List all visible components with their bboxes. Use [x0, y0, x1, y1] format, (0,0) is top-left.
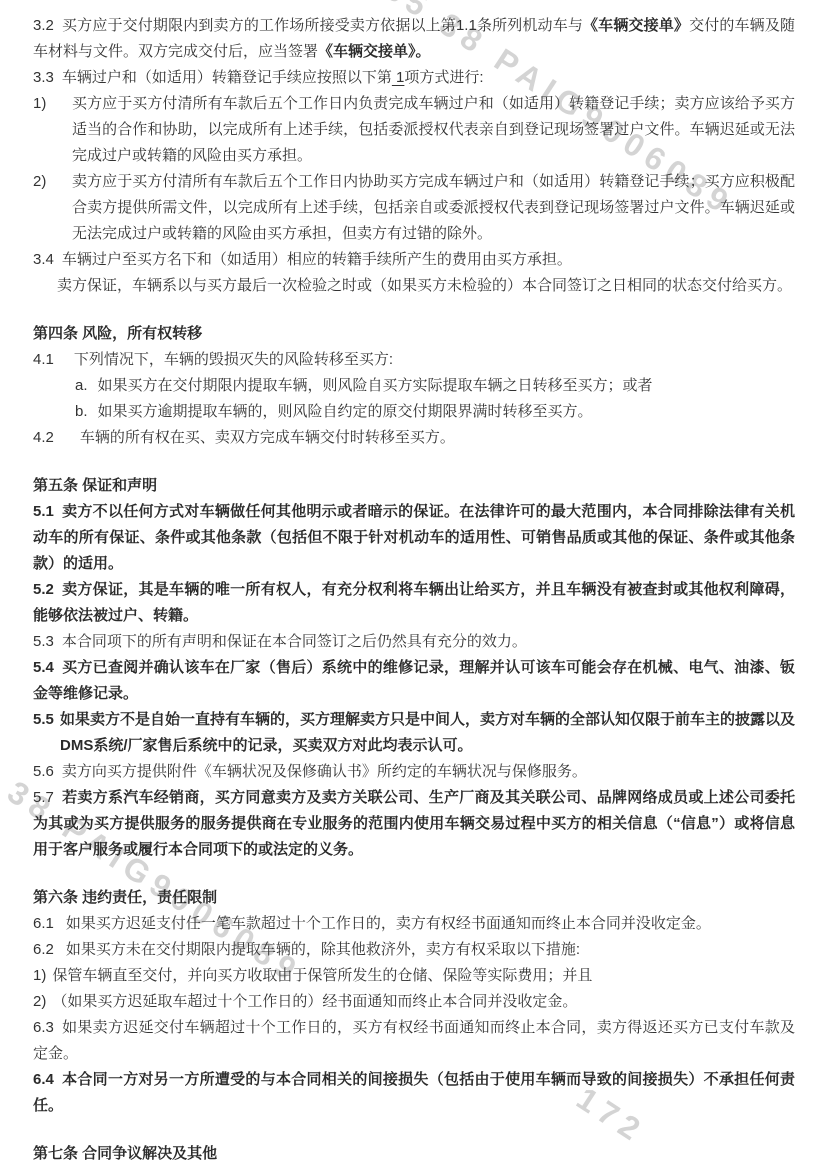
- clause-number: b.: [75, 403, 88, 420]
- clause-number: 5.4: [33, 659, 54, 676]
- text-run: 买方应于交付期限内到卖方的工作场所接受卖方依据以上第1.1条所列机动车与: [62, 17, 583, 34]
- section-heading: 第五条 保证和声明: [33, 473, 795, 499]
- text-run: 如果买方逾期提取车辆的，则风险自约定的原交付期限界满时转移至买方。: [98, 403, 593, 420]
- clause-number: 6.2: [33, 941, 54, 958]
- text-run: 《车辆交接单》: [583, 17, 689, 34]
- clause-paragraph: 6.2如果买方未在交付期限内提取车辆的，除其他救济外，卖方有权采取以下措施:: [33, 937, 795, 963]
- clause-number: 4.2: [33, 429, 54, 446]
- text-run: 卖方保证，其是车辆的唯一所有权人，有充分权利将车辆出让给买方，并且车辆没有被查封…: [33, 581, 795, 624]
- clause-number: 6.1: [33, 915, 54, 932]
- clause-paragraph: 3.4车辆过户至买方名下和（如适用）相应的转籍手续所产生的费用由买方承担。: [33, 247, 795, 273]
- text-run: 1: [392, 69, 405, 86]
- text-run: 卖方应于买方付清所有车款后五个工作日内协助买方完成车辆过户和（如适用）转籍登记手…: [72, 173, 795, 242]
- clause-paragraph: 6.4本合同一方对另一方所遭受的与本合同相关的间接损失（包括由于使用车辆而导致的…: [33, 1067, 795, 1119]
- clause-paragraph: 5.5如果卖方不是自始一直持有车辆的，买方理解卖方只是中间人，卖方对车辆的全部认…: [33, 707, 795, 759]
- text-run: 买方已查阅并确认该车在厂家（售后）系统中的维修记录，理解并认可该车可能会存在机械…: [33, 659, 795, 702]
- text-run: 第六条 违约责任，责任限制: [33, 889, 217, 906]
- clause-number: 2): [33, 993, 46, 1010]
- clause-paragraph: a.如果买方在交付期限内提取车辆，则风险自买方实际提取车辆之日转移至买方；或者: [75, 373, 795, 399]
- clause-paragraph: 5.4买方已查阅并确认该车在厂家（售后）系统中的维修记录，理解并认可该车可能会存…: [33, 655, 795, 707]
- clause-paragraph: 5.2卖方保证，其是车辆的唯一所有权人，有充分权利将车辆出让给买方，并且车辆没有…: [33, 577, 795, 629]
- text-run: 项方式进行:: [404, 69, 483, 86]
- clause-number: 1): [33, 91, 72, 117]
- text-run: 第七条 合同争议解决及其他: [33, 1145, 217, 1160]
- clause-number: 1): [33, 967, 46, 984]
- clause-number: 6.3: [33, 1019, 54, 1036]
- text-run: 本合同项下的所有声明和保证在本合同签订之后仍然具有充分的效力。: [62, 633, 527, 650]
- text-run: 如果卖方不是自始一直持有车辆的，买方理解卖方只是中间人，卖方对车辆的全部认知仅限…: [60, 711, 795, 754]
- section-heading: 第七条 合同争议解决及其他: [33, 1141, 795, 1160]
- clause-paragraph: 3.3车辆过户和（如适用）转籍登记手续应按照以下第 1项方式进行:: [33, 65, 795, 91]
- clause-number: 5.6: [33, 763, 54, 780]
- text-run: 车辆的所有权在买、卖双方完成车辆交付时转移至买方。: [80, 429, 455, 446]
- clause-number: 3.2: [33, 17, 54, 34]
- clause-paragraph: 5.3本合同项下的所有声明和保证在本合同签订之后仍然具有充分的效力。: [33, 629, 795, 655]
- text-run: （如果买方迟延取车超过十个工作日的）经书面通知而终止本合同并没收定金。: [52, 993, 577, 1010]
- clause-number: 5.3: [33, 633, 54, 650]
- clause-paragraph: 2)（如果买方迟延取车超过十个工作日的）经书面通知而终止本合同并没收定金。: [33, 989, 795, 1015]
- text-run: 卖方保证，车辆系以与买方最后一次检验之时或（如果买方未检验的）本合同签订之日相同…: [57, 277, 792, 294]
- text-run: 《车辆交接单》。: [318, 43, 431, 60]
- clause-paragraph: 6.3如果卖方迟延交付车辆超过十个工作日的，买方有权经书面通知而终止本合同，卖方…: [33, 1015, 795, 1067]
- text-run: 若卖方系汽车经销商，买方同意卖方及卖方关联公司、生产厂商及其关联公司、品牌网络成…: [33, 789, 795, 858]
- clause-paragraph: 3.2买方应于交付期限内到卖方的工作场所接受卖方依据以上第1.1条所列机动车与《…: [33, 13, 795, 65]
- clause-paragraph: b.如果买方逾期提取车辆的，则风险自约定的原交付期限界满时转移至买方。: [75, 399, 795, 425]
- clause-number: 6.4: [33, 1071, 54, 1088]
- clause-number: 3.4: [33, 251, 54, 268]
- clause-number: 5.2: [33, 581, 54, 598]
- clause-paragraph: 卖方保证，车辆系以与买方最后一次检验之时或（如果买方未检验的）本合同签订之日相同…: [57, 273, 795, 299]
- clause-paragraph: 5.7若卖方系汽车经销商，买方同意卖方及卖方关联公司、生产厂商及其关联公司、品牌…: [33, 785, 795, 863]
- clause-paragraph: 1)买方应于买方付清所有车款后五个工作日内负责完成车辆过户和（如适用）转籍登记手…: [33, 91, 795, 169]
- text-run: 如果买方未在交付期限内提取车辆的，除其他救济外，卖方有权采取以下措施:: [66, 941, 580, 958]
- text-run: 第五条 保证和声明: [33, 477, 157, 494]
- clause-number: a.: [75, 377, 88, 394]
- text-run: 如果买方在交付期限内提取车辆，则风险自买方实际提取车辆之日转移至买方；或者: [98, 377, 653, 394]
- text-run: 卖方不以任何方式对车辆做任何其他明示或者暗示的保证。在法律许可的最大范围内，本合…: [33, 503, 795, 572]
- text-run: 如果买方迟延支付任一笔车款超过十个工作日的，卖方有权经书面通知而终止本合同并没收…: [66, 915, 711, 932]
- text-run: 第四条 风险，所有权转移: [33, 325, 202, 342]
- clause-number: 3.3: [33, 69, 54, 86]
- text-run: 卖方向买方提供附件《车辆状况及保修确认书》所约定的车辆状况与保修服务。: [62, 763, 587, 780]
- clause-number: 5.7: [33, 789, 54, 806]
- clause-number: 5.1: [33, 503, 54, 520]
- contract-page: { "page": { "background": "#ffffff", "te…: [0, 0, 828, 1160]
- text-run: 车辆过户至买方名下和（如适用）相应的转籍手续所产生的费用由买方承担。: [62, 251, 572, 268]
- section-heading: 第四条 风险，所有权转移: [33, 321, 795, 347]
- clause-paragraph: 1)保管车辆直至交付，并向买方收取由于保管所发生的仓储、保险等实际费用；并且: [33, 963, 795, 989]
- clause-paragraph: 6.1如果买方迟延支付任一笔车款超过十个工作日的，卖方有权经书面通知而终止本合同…: [33, 911, 795, 937]
- clause-number: 2): [33, 169, 72, 195]
- text-run: 保管车辆直至交付，并向买方收取由于保管所发生的仓储、保险等实际费用；并且: [52, 967, 592, 984]
- text-run: 如果卖方迟延交付车辆超过十个工作日的，买方有权经书面通知而终止本合同，卖方得返还…: [33, 1019, 795, 1062]
- text-run: 本合同一方对另一方所遭受的与本合同相关的间接损失（包括由于使用车辆而导致的间接损…: [33, 1071, 795, 1114]
- clause-number: 5.5: [33, 707, 60, 733]
- clause-paragraph: 5.1卖方不以任何方式对车辆做任何其他明示或者暗示的保证。在法律许可的最大范围内…: [33, 499, 795, 577]
- text-run: 买方应于买方付清所有车款后五个工作日内负责完成车辆过户和（如适用）转籍登记手续；…: [72, 95, 795, 164]
- text-run: 下列情况下，车辆的毁损灭失的风险转移至买方:: [74, 351, 393, 368]
- clause-number: 4.1: [33, 351, 54, 368]
- text-run: 车辆过户和（如适用）转籍登记手续应按照以下第: [62, 69, 392, 86]
- section-heading: 第六条 违约责任，责任限制: [33, 885, 795, 911]
- clause-paragraph: 5.6卖方向买方提供附件《车辆状况及保修确认书》所约定的车辆状况与保修服务。: [33, 759, 795, 785]
- clause-paragraph: 4.2车辆的所有权在买、卖双方完成车辆交付时转移至买方。: [33, 425, 795, 451]
- clause-paragraph: 2)卖方应于买方付清所有车款后五个工作日内协助买方完成车辆过户和（如适用）转籍登…: [33, 169, 795, 247]
- clause-paragraph: 4.1下列情况下，车辆的毁损灭失的风险转移至买方:: [33, 347, 795, 373]
- document-body: 3.2买方应于交付期限内到卖方的工作场所接受卖方依据以上第1.1条所列机动车与《…: [0, 0, 828, 1160]
